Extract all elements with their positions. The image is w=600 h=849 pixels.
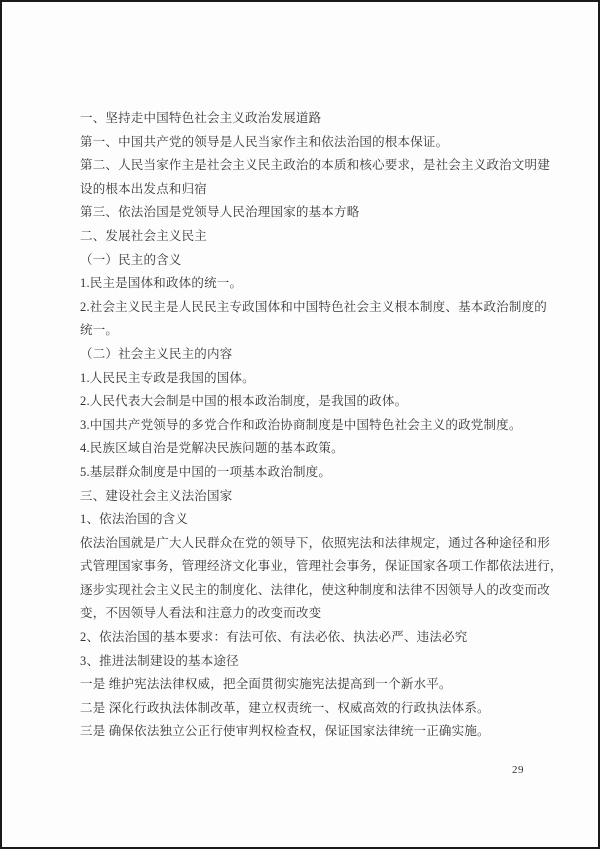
text-line: 一、坚持走中国特色社会主义政治发展道路 [80,107,558,131]
text-line: 二是 深化行政执法体制改革，建立权责统一、权威高效的行政执法体系。 [80,697,558,721]
text-line: 1.人民民主专政是我国的国体。 [80,367,558,391]
text-line: （二）社会主义民主的内容 [80,343,558,367]
page-number: 29 [512,764,524,776]
document-page: 一、坚持走中国特色社会主义政治发展道路 第一、中国共产党的领导是人民当家作主和依… [0,0,600,849]
document-text-block: 一、坚持走中国特色社会主义政治发展道路 第一、中国共产党的领导是人民当家作主和依… [80,107,558,744]
text-line: 式管理国家事务，管理经济文化事业，管理社会事务，保证国家各项工作都依法进行， [80,555,558,579]
text-line: 二、发展社会主义民主 [80,225,558,249]
text-line: 3.中国共产党领导的多党合作和政治协商制度是中国特色社会主义的政党制度。 [80,414,558,438]
text-line: 三、建设社会主义法治国家 [80,485,558,509]
text-line: 1、依法治国的含义 [80,508,558,532]
text-line: 三是 确保依法独立公正行使审判权检查权，保证国家法律统一正确实施。 [80,720,558,744]
text-line: 5.基层群众制度是中国的一项基本政治制度。 [80,461,558,485]
text-line: 一是 维护宪法法律权威，把全面贯彻实施宪法提高到一个新水平。 [80,673,558,697]
text-line: 2.人民代表大会制是中国的根本政治制度，是我国的政体。 [80,390,558,414]
text-line: 4.民族区域自治是党解决民族问题的基本政策。 [80,437,558,461]
text-line: 第一、中国共产党的领导是人民当家作主和依法治国的根本保证。 [80,131,558,155]
text-line: 统一。 [80,319,558,343]
text-line: 设的根本出发点和归宿 [80,178,558,202]
text-line: 第二、人民当家作主是社会主义民主政治的本质和核心要求，是社会主义政治文明建 [80,154,558,178]
text-line: 1.民主是国体和政体的统一。 [80,272,558,296]
text-line: 2.社会主义民主是人民民主专政国体和中国特色社会主义根本制度、基本政治制度的 [80,296,558,320]
text-line: 3、推进法制建设的基本途径 [80,650,558,674]
text-line: 变，不因领导人看法和注意力的改变而改变 [80,602,558,626]
text-line: 逐步实现社会主义民主的制度化、法律化，使这种制度和法律不因领导人的改变而改 [80,579,558,603]
text-line: 2、依法治国的基本要求：有法可依、有法必依、执法必严、违法必究 [80,626,558,650]
text-line: （一）民主的含义 [80,249,558,273]
text-line: 依法治国就是广大人民群众在党的领导下，依照宪法和法律规定，通过各种途径和形 [80,532,558,556]
text-line: 第三、依法治国是党领导人民治理国家的基本方略 [80,201,558,225]
